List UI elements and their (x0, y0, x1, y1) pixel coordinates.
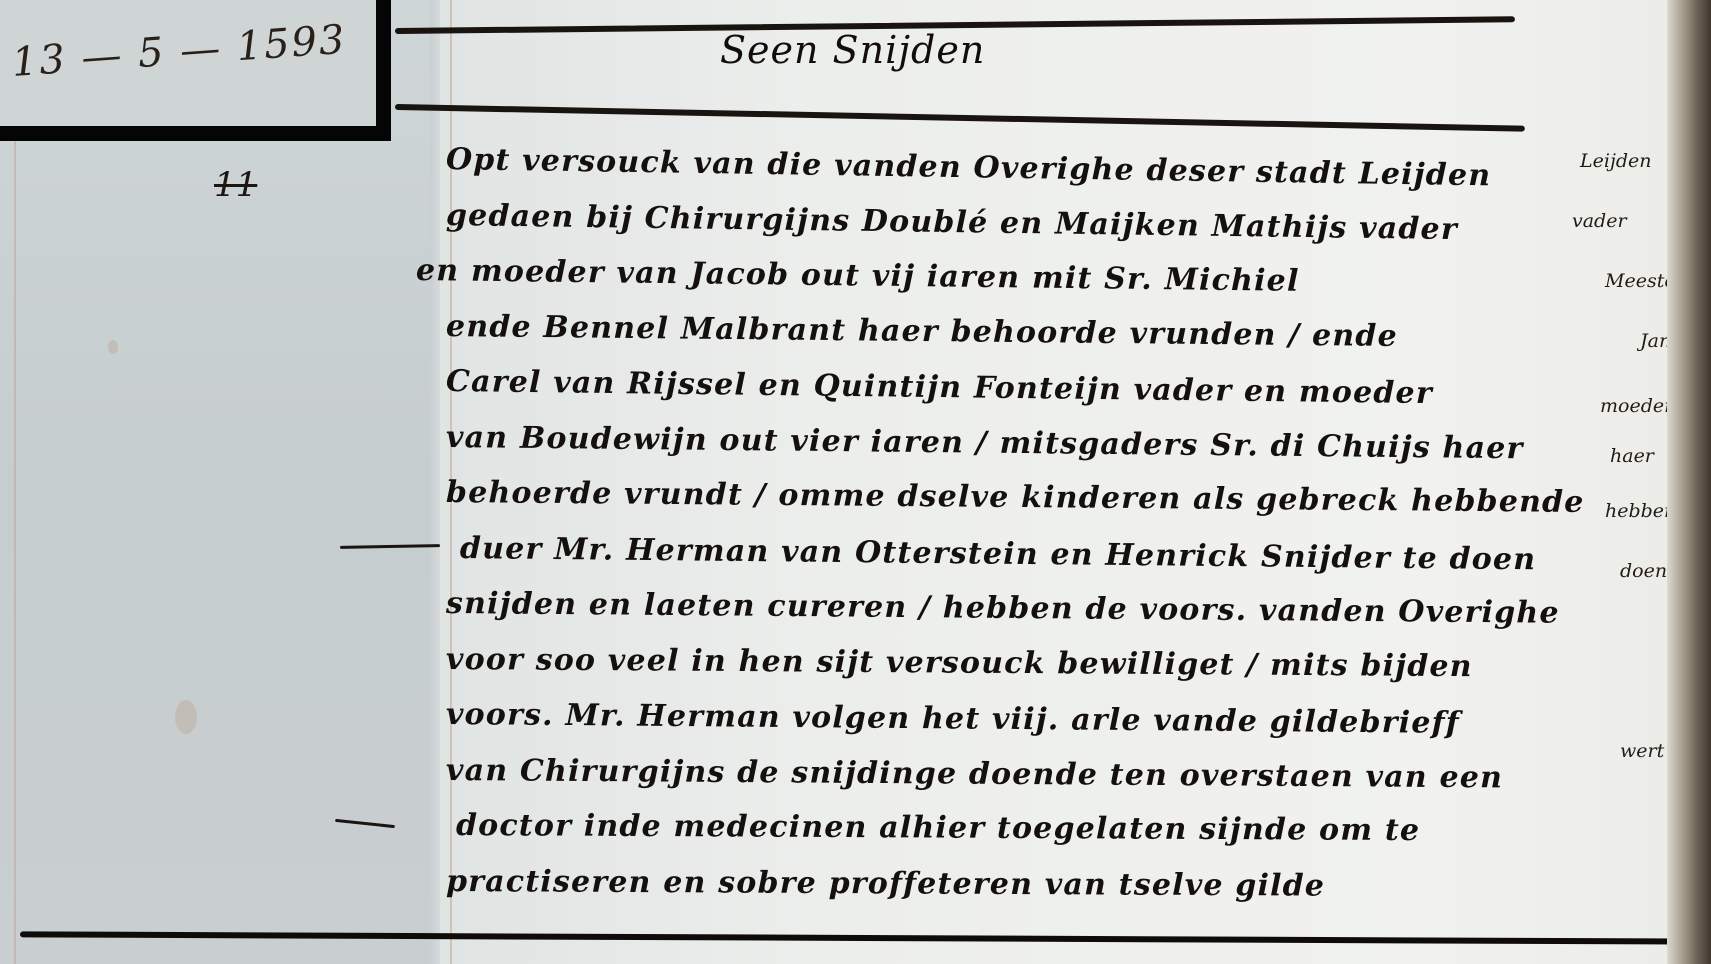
text-line: snijden en laeten cureren / hebben de vo… (446, 576, 1656, 642)
marginal-note: doen (1620, 560, 1667, 582)
paper-stain (108, 340, 118, 354)
left-page: 11 (0, 0, 440, 964)
text-line: doctor inde medecinen alhier toegelaten … (456, 798, 1666, 860)
text-line: voor soo veel in hen sijt versouck bewil… (446, 632, 1656, 696)
date-annotation: 13 — 5 — 1593 (10, 17, 347, 86)
text-line: voors. Mr. Herman volgen het viij. arle … (446, 687, 1656, 753)
text-line: van Chirurgijns de snijdinge doende ten … (446, 743, 1656, 807)
marginal-note: Leijden (1580, 150, 1651, 172)
book-binding-edge (1667, 0, 1711, 964)
paper-stain (175, 700, 197, 734)
entry-heading: Seen Snijden (720, 28, 985, 72)
folio-mark: 11 (214, 165, 257, 205)
marginal-note: vader (1572, 210, 1627, 232)
marginal-note: moeder (1600, 395, 1673, 417)
text-line: behoerde vrundt / omme dselve kinderen a… (446, 465, 1656, 531)
date-annotation-box: 13 — 5 — 1593 (0, 0, 391, 141)
marginal-note: haer (1610, 445, 1654, 467)
manuscript-photo: 11 13 — 5 — 1593 Seen Snijden Opt versou… (0, 0, 1711, 964)
marginal-note: hebben (1605, 500, 1676, 522)
left-margin-rule (14, 0, 16, 964)
marginal-note: wert (1620, 740, 1664, 762)
text-line: practiseren en sobre proffeteren van tse… (446, 854, 1656, 916)
entry-text: Opt versouck van die vanden Overighe des… (446, 132, 1656, 909)
